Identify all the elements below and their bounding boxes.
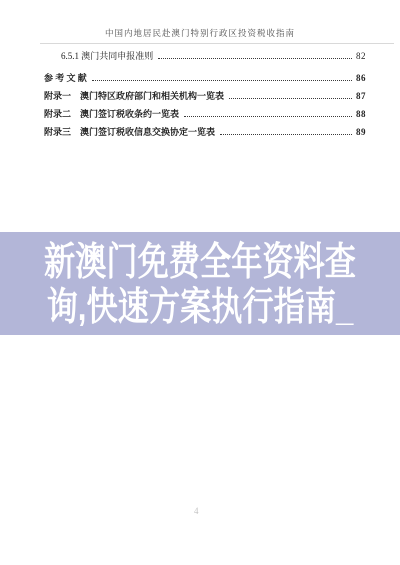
toc-entry-page: 88 bbox=[356, 109, 366, 120]
toc-entry-page: 89 bbox=[356, 127, 366, 138]
toc-entry-page: 82 bbox=[356, 51, 366, 62]
table-of-contents: 6.5.1 澳门共同申报准则 82 参 考 文 献 86 附录一 澳门特区政府部… bbox=[0, 44, 400, 138]
promo-banner: 新澳门免费全年资料查询,快速方案执行指南_ bbox=[0, 232, 400, 335]
toc-entry-references: 参 考 文 献 86 bbox=[44, 73, 366, 84]
toc-entry-appendix-1: 附录一 澳门特区政府部门和相关机构一览表 87 bbox=[44, 91, 366, 102]
toc-entry-label: 附录二 澳门签订税收条约一览表 bbox=[44, 109, 179, 120]
toc-entry-651: 6.5.1 澳门共同申报准则 82 bbox=[44, 51, 366, 62]
toc-entry-appendix-2: 附录二 澳门签订税收条约一览表 88 bbox=[44, 109, 366, 120]
dot-leader bbox=[220, 133, 352, 135]
dot-leader bbox=[158, 57, 352, 59]
toc-entry-label: 附录一 澳门特区政府部门和相关机构一览表 bbox=[44, 91, 224, 102]
toc-entry-label: 参 考 文 献 bbox=[44, 73, 87, 84]
toc-entry-appendix-3: 附录三 澳门签订税收信息交换协定一览表 89 bbox=[44, 127, 366, 138]
dot-leader bbox=[229, 97, 352, 99]
toc-entry-label: 6.5.1 澳门共同申报准则 bbox=[61, 51, 153, 62]
running-header-title: 中国内地居民赴澳门特别行政区投资税收指南 bbox=[0, 0, 400, 39]
dot-leader bbox=[184, 115, 352, 117]
toc-entry-page: 86 bbox=[356, 73, 366, 84]
page-folio-mark: 4 bbox=[194, 506, 199, 516]
toc-entry-page: 87 bbox=[356, 91, 366, 102]
dot-leader bbox=[92, 79, 352, 81]
toc-entry-label: 附录三 澳门签订税收信息交换协定一览表 bbox=[44, 127, 215, 138]
promo-banner-text: 新澳门免费全年资料查询,快速方案执行指南_ bbox=[40, 240, 360, 330]
